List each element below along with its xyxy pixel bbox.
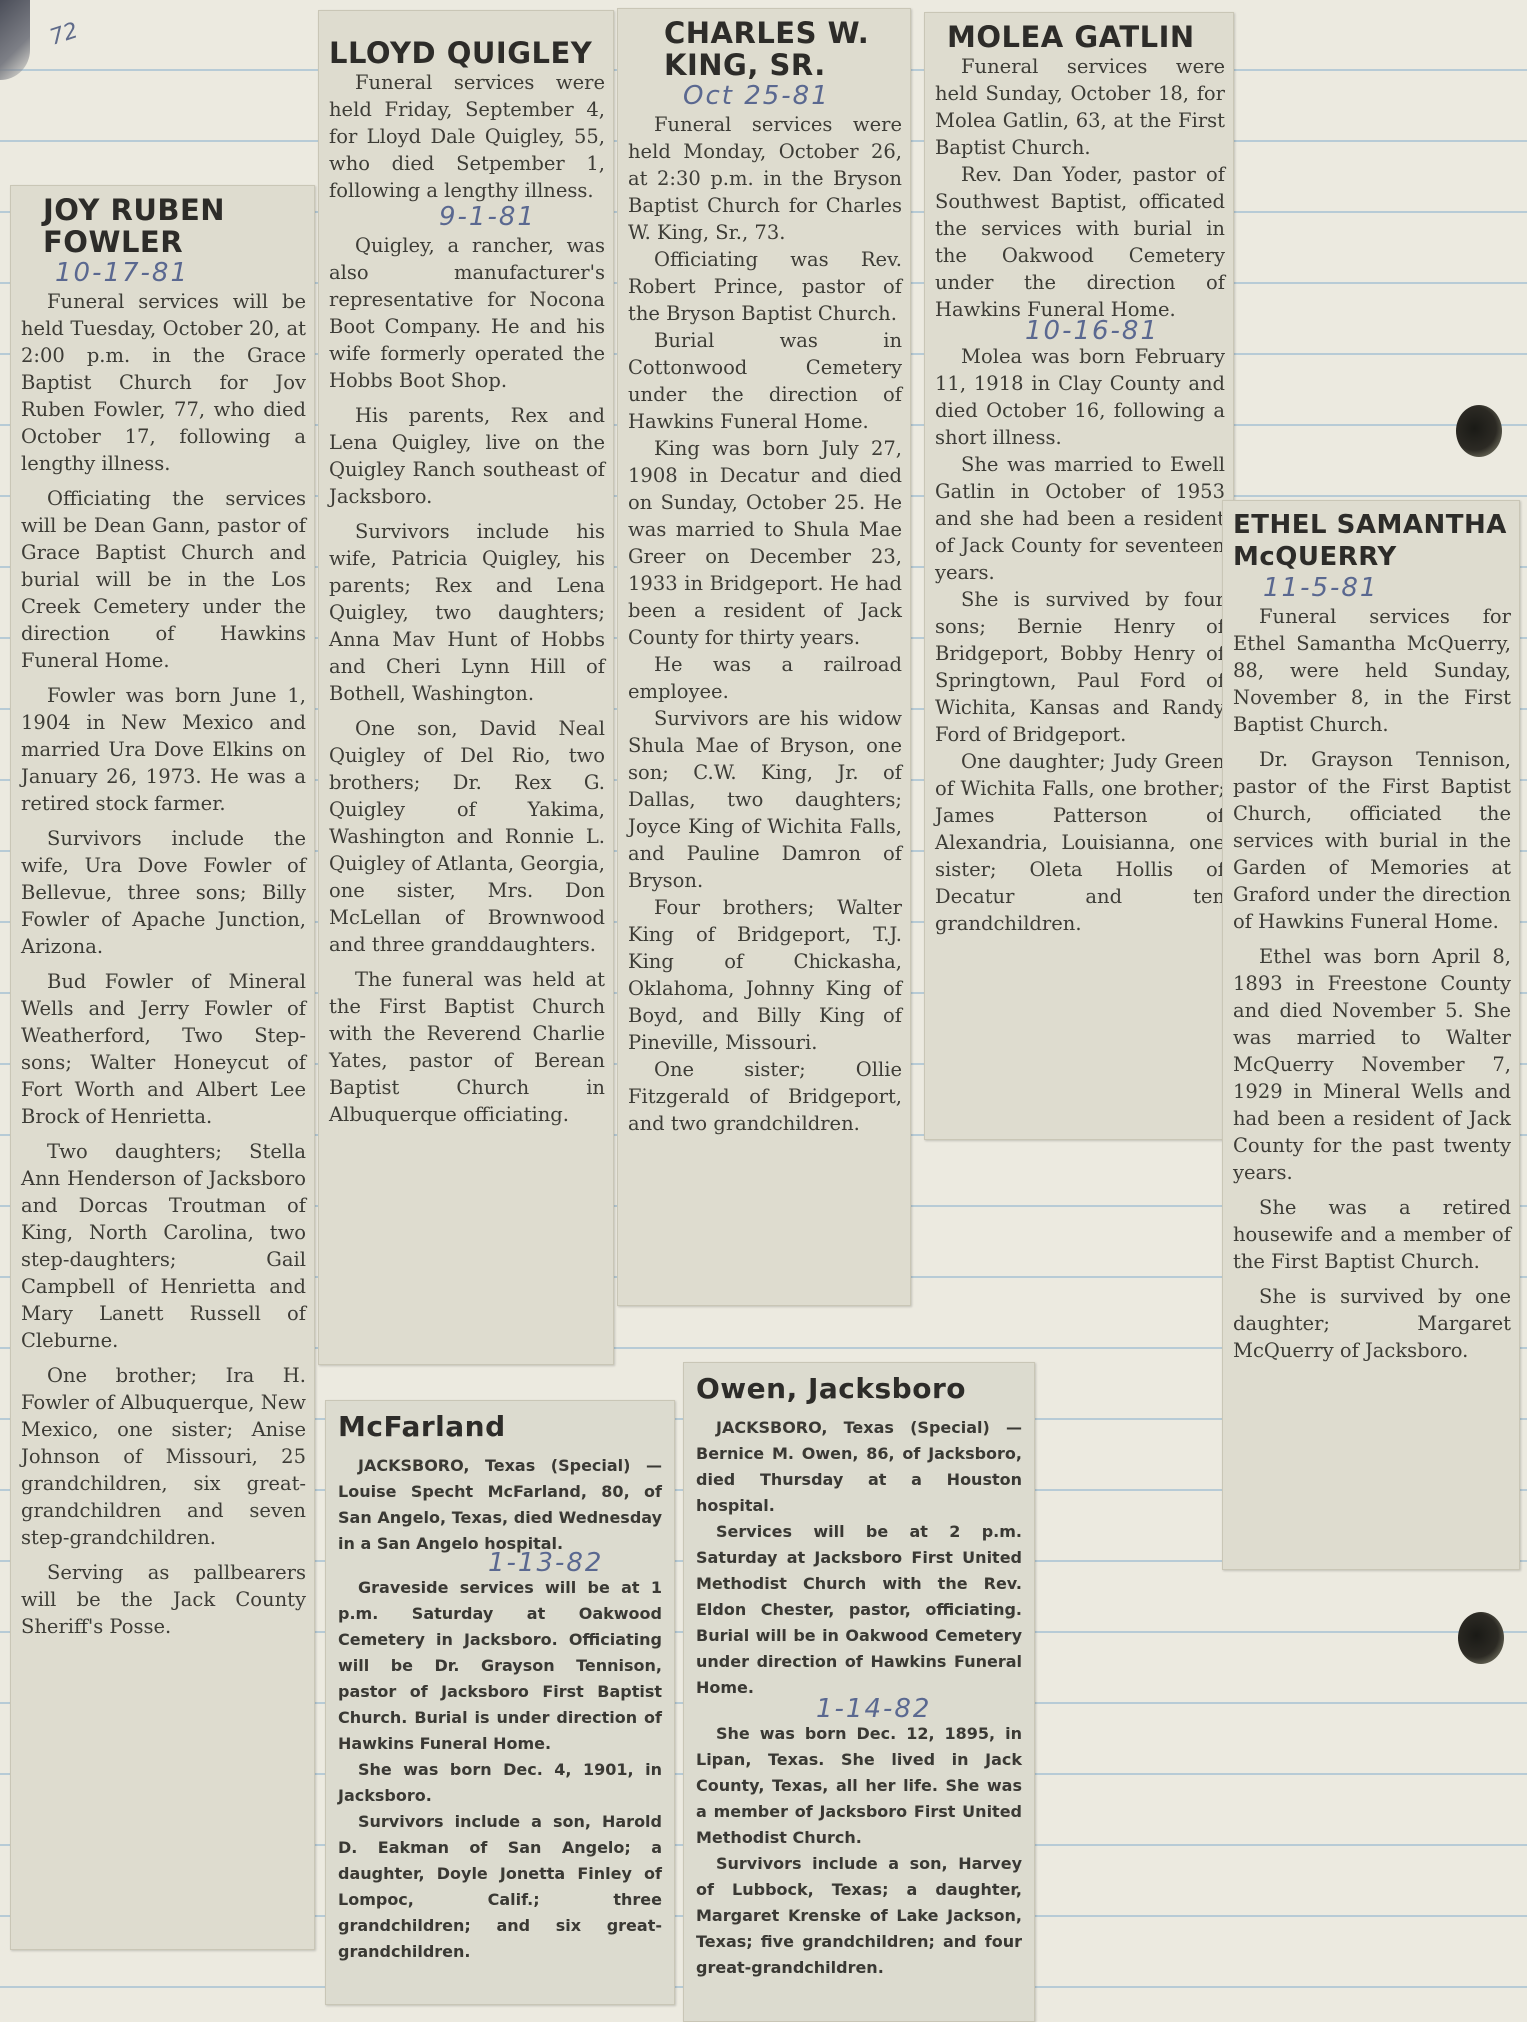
paragraph: He was a railroad employee. (628, 651, 902, 705)
paragraph: Funeral services for Ethel Samantha McQu… (1233, 603, 1511, 738)
punch-hole-icon (1458, 1612, 1504, 1664)
punch-hole-icon (1456, 405, 1502, 457)
paragraph: Burial was in Cottonwood Cemetery under … (628, 327, 902, 435)
paragraph: Funeral services were held Sunday, Octob… (935, 53, 1225, 161)
paragraph: She was born Dec. 4, 1901, in Jacksboro. (338, 1757, 662, 1809)
obituary-quigley: LLOYD QUIGLEY Funeral services were held… (318, 10, 614, 1365)
paragraph: She is survived by four sons; Bernie Hen… (935, 586, 1225, 748)
paragraph: Survivors include a son, Harvey of Lubbo… (696, 1851, 1022, 1981)
paragraph: Fowler was born June 1, 1904 in New Mexi… (21, 682, 306, 817)
paragraph: JACKSBORO, Texas (Special) — Louise Spec… (338, 1453, 662, 1557)
paragraph: Rev. Dan Yoder, pastor of Southwest Bapt… (935, 161, 1225, 323)
handwritten-date: 11-5-81 (1233, 573, 1511, 603)
paragraph: Survivors include his wife, Patricia Qui… (329, 518, 605, 707)
obituary-title: CHARLES W. KING, SR. (628, 17, 902, 81)
paragraph: Funeral services were held Monday, Octob… (628, 111, 902, 246)
paragraph: Officiating the services will be Dean Ga… (21, 485, 306, 674)
obituary-mcquerry: ETHEL SAMANTHA McQUERRY 11-5-81 Funeral … (1222, 500, 1520, 1570)
handwritten-page-number: 72 (47, 18, 81, 50)
paragraph: Funeral services were held Friday, Septe… (329, 69, 605, 204)
paragraph: One brother; Ira H. Fowler of Albuquerqu… (21, 1362, 306, 1551)
paragraph: Officiating was Rev. Robert Prince, past… (628, 246, 902, 327)
paragraph: Serving as pallbearers will be the Jack … (21, 1559, 306, 1640)
paragraph: One son, David Neal Quigley of Del Rio, … (329, 715, 605, 958)
binder-edge (0, 0, 30, 80)
obituary-mcfarland: McFarland JACKSBORO, Texas (Special) — L… (325, 1400, 675, 2005)
paragraph: She is survived by one daughter; Margare… (1233, 1283, 1511, 1364)
handwritten-date: 10-17-81 (21, 258, 306, 288)
paragraph: Funeral services will be held Tuesday, O… (21, 288, 306, 477)
paragraph: His parents, Rex and Lena Quigley, live … (329, 402, 605, 510)
obituary-title: McFarland (338, 1411, 662, 1443)
obituary-title: ETHEL SAMANTHA McQUERRY (1233, 509, 1511, 573)
paragraph: Molea was born February 11, 1918 in Clay… (935, 343, 1225, 451)
paragraph: King was born July 27, 1908 in Decatur a… (628, 435, 902, 651)
obituary-owen: Owen, Jacksboro JACKSBORO, Texas (Specia… (683, 1362, 1035, 2022)
paragraph: Four brothers; Walter King of Bridgeport… (628, 894, 902, 1056)
paragraph: Quigley, a rancher, was also manufacture… (329, 232, 605, 394)
paragraph: One daughter; Judy Green of Wichita Fall… (935, 748, 1225, 937)
paragraph: One sister; Ollie Fitzgerald of Bridgepo… (628, 1056, 902, 1137)
obituary-fowler: JOY RUBEN FOWLER 10-17-81 Funeral servic… (10, 185, 315, 1950)
paragraph: Ethel was born April 8, 1893 in Freeston… (1233, 943, 1511, 1186)
paragraph: Dr. Grayson Tennison, pastor of the Firs… (1233, 746, 1511, 935)
paragraph: Two daughters; Stella Ann Henderson of J… (21, 1138, 306, 1354)
obituary-king: CHARLES W. KING, SR. Oct 25-81 Funeral s… (617, 8, 911, 1306)
paragraph: She was a retired housewife and a member… (1233, 1194, 1511, 1275)
handwritten-date: 9-1-81 (329, 202, 605, 232)
handwritten-date: Oct 25-81 (628, 81, 902, 111)
paragraph: She was married to Ewell Gatlin in Octob… (935, 451, 1225, 586)
paragraph: Graveside services will be at 1 p.m. Sat… (338, 1575, 662, 1757)
paragraph: The funeral was held at the First Baptis… (329, 966, 605, 1128)
paragraph: Bud Fowler of Mineral Wells and Jerry Fo… (21, 968, 306, 1130)
paragraph: Survivors include the wife, Ura Dove Fow… (21, 825, 306, 960)
obituary-title: JOY RUBEN FOWLER (21, 194, 306, 258)
obituary-title: LLOYD QUIGLEY (329, 37, 605, 69)
obituary-title: Owen, Jacksboro (696, 1373, 1022, 1405)
paragraph: She was born Dec. 12, 1895, in Lipan, Te… (696, 1721, 1022, 1851)
paragraph: Survivors are his widow Shula Mae of Bry… (628, 705, 902, 894)
scrapbook-page: 72 JOY RUBEN FOWLER 10-17-81 Funeral ser… (0, 0, 1527, 2022)
obituary-title: MOLEA GATLIN (935, 21, 1225, 53)
obituary-gatlin: MOLEA GATLIN Funeral services were held … (924, 12, 1234, 1140)
paragraph: JACKSBORO, Texas (Special) — Bernice M. … (696, 1415, 1022, 1519)
paragraph: Services will be at 2 p.m. Saturday at J… (696, 1519, 1022, 1701)
paragraph: Survivors include a son, Harold D. Eakma… (338, 1809, 662, 1965)
